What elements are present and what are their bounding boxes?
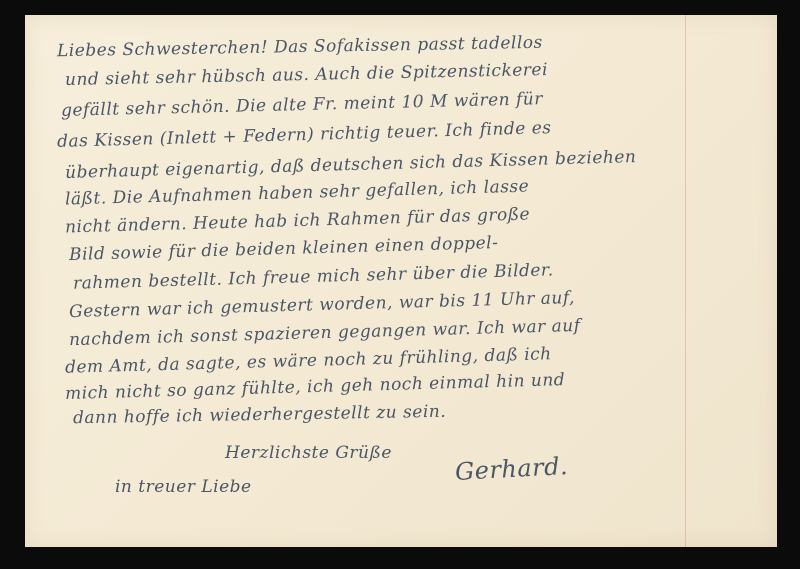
signature: Gerhard. xyxy=(454,452,568,486)
margin-line xyxy=(685,15,686,547)
text-line: nicht ändern. Heute hab ich Rahmen für d… xyxy=(65,205,531,238)
postcard: Liebes Schwesterchen! Das Sofakissen pas… xyxy=(25,15,777,547)
closing-line: Herzlichste Grüße xyxy=(225,443,392,463)
text-line: läßt. Die Aufnahmen haben sehr gefallen,… xyxy=(65,177,530,210)
text-line: Liebes Schwesterchen! Das Sofakissen pas… xyxy=(57,33,543,61)
text-line: Gestern war ich gemustert worden, war bi… xyxy=(69,288,575,322)
text-line: das Kissen (Inlett + Federn) richtig teu… xyxy=(57,118,552,152)
text-line: und sieht sehr hübsch aus. Auch die Spit… xyxy=(65,60,548,90)
text-line: überhaupt eigenartig, daß deutschen sich… xyxy=(65,147,637,183)
text-line: rahmen bestellt. Ich freue mich sehr übe… xyxy=(73,260,554,293)
text-line: gefällt sehr schön. Die alte Fr. meint 1… xyxy=(61,89,543,121)
text-line: Bild sowie für die beiden kleinen einen … xyxy=(69,233,499,265)
closing-line: in treuer Liebe xyxy=(115,477,252,497)
text-line: dann hoffe ich wiederhergestellt zu sein… xyxy=(73,402,446,429)
